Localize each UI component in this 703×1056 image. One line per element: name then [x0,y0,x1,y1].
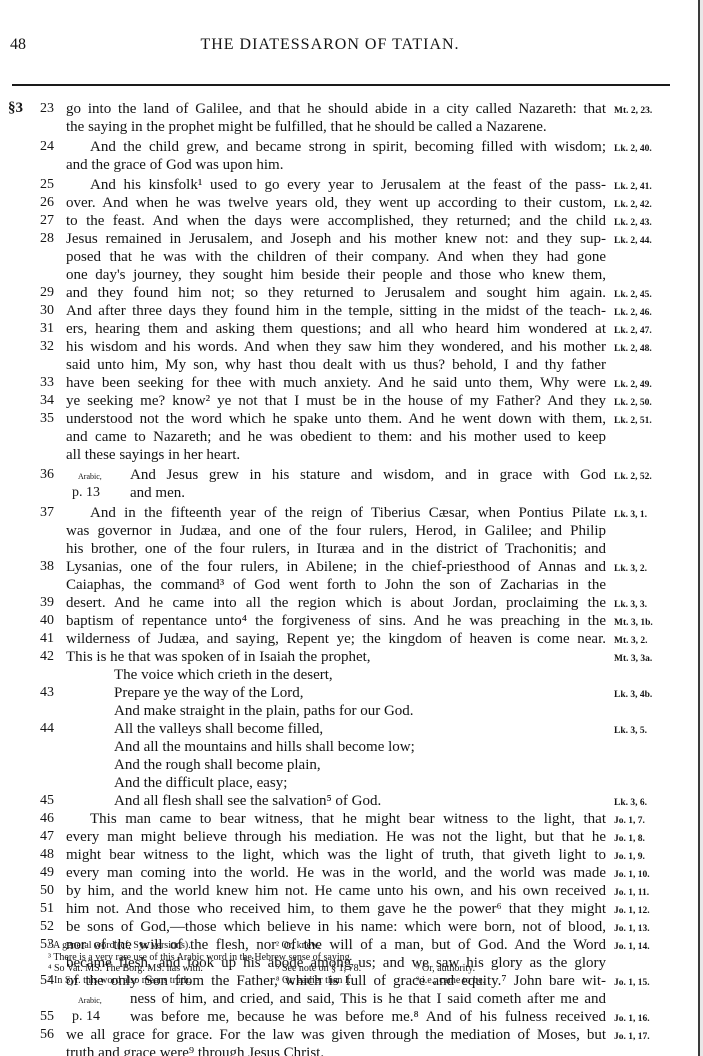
text-line: 52be sons of God,—those which believe in… [0,918,700,936]
line-text: said unto him, My son, why hast thou dea… [66,356,606,374]
text-line: 43Prepare ye the way of the Lord,Lk. 3, … [0,684,700,702]
text-line: 44All the valleys shall become filled,Lk… [0,720,700,738]
text-line: 46This man came to bear witness, that he… [0,810,700,828]
text-line: 33have been seeking for thee with much a… [0,374,700,392]
verse-number: 52 [40,918,54,936]
line-text: the saying in the prophet might be fulfi… [66,118,606,136]
text-line: his brother, one of the four rulers, in … [0,540,700,558]
line-text: And in the fifteenth year of the reign o… [90,504,606,522]
line-text: And Jesus grew in his stature and wisdom… [130,466,606,484]
footnote-row: ⁴ So Vat. MS. The Borg. MS. has with.⁵ S… [48,963,668,975]
footnote: ⁶ Or, authority. [416,963,475,975]
text-line: Caiaphas, the command³ of God went forth… [0,576,700,594]
verse-number: 33 [40,374,54,392]
text-line: 49every man coming into the world. He wa… [0,864,700,882]
line-text: was governor in Judæa, and one of the fo… [66,522,606,540]
text-line: 31ers, hearing them and asking them ques… [0,320,700,338]
line-text: and they found him not; so they returned… [66,284,606,302]
verse-number: 27 [40,212,54,230]
footnote: ⁴ So Vat. MS. The Borg. MS. has with. [48,963,203,975]
text-line: 24And the child grew, and became strong … [0,138,700,156]
footnote-row: ⁷ In Syr. this word also means truth.⁸ O… [48,975,668,987]
line-text: might bear witness to the light, which w… [66,846,606,864]
footnote: ⁹ i.e., came to be. [416,975,485,987]
line-text: posed that he was with the children of t… [66,248,606,266]
text-line: truth and grace were⁹ through Jesus Chri… [0,1044,700,1056]
arabic-page-label: p. 13 [72,484,100,502]
verse-number: 50 [40,882,54,900]
line-text: desert. And he came into all the region … [66,594,606,612]
line-text: we all grace for grace. For the law was … [66,1026,606,1044]
line-text: All the valleys shall become filled, [114,720,594,738]
line-text: ers, hearing them and asking them questi… [66,320,606,338]
line-text: ness of him, and cried, and said, This i… [130,990,606,1008]
verse-number: 24 [40,138,54,156]
verse-number: 49 [40,864,54,882]
text-line: 56we all grace for grace. For the law wa… [0,1026,700,1044]
verse-number: 41 [40,630,54,648]
line-text: And the child grew, and became strong in… [90,138,606,156]
footnote: ⁸ Or, earlier than I. [276,975,351,987]
text-line: 36Arabic,And Jesus grew in his stature a… [0,466,700,484]
line-text: go into the land of Galilee, and that he… [66,100,606,118]
verse-number: 28 [40,230,54,248]
text-line: said unto him, My son, why hast thou dea… [0,356,700,374]
text-line: And all the mountains and hills shall be… [0,738,700,756]
page-title: THE DIATESSARON OF TATIAN. [0,36,660,54]
text-line: one day's journey, they sought him besid… [0,266,700,284]
footnote: ² Or, knew. [276,940,320,952]
text-line: The voice which crieth in the desert, [0,666,700,684]
line-text: Lysanias, one of the four rulers, in Abi… [66,558,606,576]
text-line: 42This is he that was spoken of in Isaia… [0,648,700,666]
verse-number: 34 [40,392,54,410]
line-text: baptism of repentance unto⁴ the forgiven… [66,612,606,630]
text-line: posed that he was with the children of t… [0,248,700,266]
footnotes: ¹ A general word (cf. Syr. versions).² O… [48,940,668,986]
verse-number: 55 [40,1008,54,1026]
text-line: all these sayings in her heart. [0,446,700,464]
line-text: And the difficult place, easy; [114,774,594,792]
verse-number: 39 [40,594,54,612]
text-line: Arabic,ness of him, and cried, and said,… [0,990,700,1008]
line-text: have been seeking for thee with much anx… [66,374,606,392]
text-line: 47every man might believe through his me… [0,828,700,846]
line-text: wilderness of Judæa, and saying, Repent … [66,630,606,648]
footnote-row: ¹ A general word (cf. Syr. versions).² O… [48,940,668,952]
verse-number: 46 [40,810,54,828]
text-line: 27to the feast. And when the days were a… [0,212,700,230]
line-text: every man might believe through his medi… [66,828,606,846]
verse-number: 45 [40,792,54,810]
verse-number: 26 [40,194,54,212]
text-line: And make straight in the plain, paths fo… [0,702,700,720]
verse-number: 51 [40,900,54,918]
verse-number: 48 [40,846,54,864]
line-text: Prepare ye the way of the Lord, [114,684,594,702]
verse-number: 32 [40,338,54,356]
text-line: And the difficult place, easy; [0,774,700,792]
line-text: ye seeking me? know² ye not that I must … [66,392,606,410]
text-line: 51him not. And those who received him, t… [0,900,700,918]
line-text: And after three days they found him in t… [66,302,606,320]
verse-number: 36 [40,466,54,484]
line-text: over. And when he was twelve years old, … [66,194,606,212]
line-text: Jesus remained in Jerusalem, and Joseph … [66,230,606,248]
text-line: was governor in Judæa, and one of the fo… [0,522,700,540]
text-line: 23go into the land of Galilee, and that … [0,100,700,118]
footnote-row: ³ There is a very rare use of this Arabi… [48,952,668,964]
text-line: 28Jesus remained in Jerusalem, and Josep… [0,230,700,248]
text-line: 34ye seeking me? know² ye not that I mus… [0,392,700,410]
line-text: and men. [130,484,606,502]
verse-number: 30 [40,302,54,320]
verse-number: 42 [40,648,54,666]
line-text: him not. And those who received him, to … [66,900,606,918]
line-text: The voice which crieth in the desert, [114,666,594,684]
text-line: 55p. 14was before me, because he was bef… [0,1008,700,1026]
text-line: 39desert. And he came into all the regio… [0,594,700,612]
footnote: ⁷ In Syr. this word also means truth. [48,975,191,987]
verse-number: 25 [40,176,54,194]
verse-number: 37 [40,504,54,522]
line-text: And make straight in the plain, paths fo… [114,702,594,720]
text-line: 45And all flesh shall see the salvation⁵… [0,792,700,810]
line-text: And all flesh shall see the salvation⁵ o… [114,792,594,810]
line-text: This man came to bear witness, that he m… [90,810,606,828]
verse-number: 40 [40,612,54,630]
text-line: And the rough shall become plain, [0,756,700,774]
text-line: 25And his kinsfolk¹ used to go every yea… [0,176,700,194]
text-line: 32his wisdom and his words. And when the… [0,338,700,356]
verse-number: 44 [40,720,54,738]
line-text: to the feast. And when the days were acc… [66,212,606,230]
text-line: the saying in the prophet might be fulfi… [0,118,700,136]
line-text: one day's journey, they sought him besid… [66,266,606,284]
footnote: ³ There is a very rare use of this Arabi… [48,952,352,964]
text-line: and came to Nazareth; and he was obedien… [0,428,700,446]
line-text: his wisdom and his words. And when they … [66,338,606,356]
line-text: was before me, because he was before me.… [130,1008,606,1026]
line-text: all these sayings in her heart. [66,446,606,464]
text-line: and the grace of God was upon him. [0,156,700,174]
text-line: 37And in the fifteenth year of the reign… [0,504,700,522]
text-line: 38Lysanias, one of the four rulers, in A… [0,558,700,576]
verse-number: 43 [40,684,54,702]
verse-number: 23 [40,100,54,118]
header-rule [12,84,670,86]
verse-number: 56 [40,1026,54,1044]
text-line: 35understood not the word which he spake… [0,410,700,428]
footnote: ¹ A general word (cf. Syr. versions). [48,940,191,952]
text-line: 26over. And when he was twelve years old… [0,194,700,212]
text-line: 30And after three days they found him in… [0,302,700,320]
text-line: 41wilderness of Judæa, and saying, Repen… [0,630,700,648]
text-line: 40baptism of repentance unto⁴ the forgiv… [0,612,700,630]
line-text: Caiaphas, the command³ of God went forth… [66,576,606,594]
line-text: by him, and the world knew him not. He c… [66,882,606,900]
verse-number: 31 [40,320,54,338]
text-line: p. 13and men. [0,484,700,502]
text-line: 50by him, and the world knew him not. He… [0,882,700,900]
line-text: his brother, one of the four rulers, in … [66,540,606,558]
line-text: This is he that was spoken of in Isaiah … [66,648,606,666]
line-text: every man coming into the world. He was … [66,864,606,882]
line-text: truth and grace were⁹ through Jesus Chri… [66,1044,606,1056]
text-line: 48might bear witness to the light, which… [0,846,700,864]
running-head: 48 THE DIATESSARON OF TATIAN. [0,36,660,60]
verse-number: 47 [40,828,54,846]
line-text: be sons of God,—those which believe in h… [66,918,606,936]
line-text: And his kinsfolk¹ used to go every year … [90,176,606,194]
line-text: understood not the word which he spake u… [66,410,606,428]
verse-number: 29 [40,284,54,302]
footnote: ⁵ See note on § 1, 78. [276,963,361,975]
text-line: 29and they found him not; so they return… [0,284,700,302]
line-text: And the rough shall become plain, [114,756,594,774]
line-text: and the grace of God was upon him. [66,156,606,174]
arabic-page-label: p. 14 [72,1008,100,1026]
line-text: And all the mountains and hills shall be… [114,738,594,756]
verse-number: 35 [40,410,54,428]
verse-number: 38 [40,558,54,576]
line-text: and came to Nazareth; and he was obedien… [66,428,606,446]
